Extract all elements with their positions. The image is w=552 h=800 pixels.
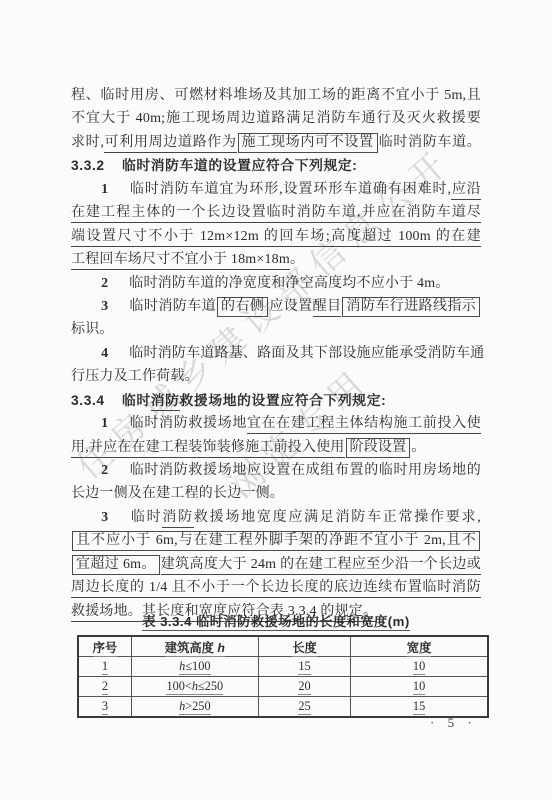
document-page: 住房城乡建设部信息公开 浏览专用 程、临时用房、可燃材料堆场及其加工场的距离不宜…: [0, 0, 552, 800]
text-line: 周边长度的 1/4 且不小于一个长边长度的底边连续布置临时消防: [71, 576, 481, 599]
text-line: 2临时消防救援场地应设置在成组布置的临时用房场地的: [71, 459, 481, 482]
spec-table: 序号建筑高度 h长度宽度 1h≤10015102100<h≤25020103h>…: [77, 635, 489, 718]
table-header-cell: 长度: [258, 636, 350, 657]
page-number: · 5 ·: [430, 715, 477, 731]
plain-text: 应设置: [269, 299, 312, 314]
body-text-block: 程、临时用房、可燃材料堆场及其加工场的距离不宜小于 5m,且不宜大于 40m;施…: [71, 84, 481, 623]
text-line: 3临时消防车道的右侧应设置醒目消防车行进路线指示: [71, 295, 481, 318]
plain-text: 。: [290, 252, 304, 267]
item-number: 3.3.4: [71, 393, 105, 408]
text-line: 3临时消防救援场地宽度应满足消防车正常操作要求,: [71, 506, 481, 529]
plain-text: 临时消防救援场地: [129, 416, 247, 431]
item-number: 2: [101, 463, 108, 478]
underlined-text: 醒目: [313, 299, 342, 317]
text-line: 端设置尺寸不小于 12m×12m 的回车场;高度超过 100m 的在建: [71, 225, 481, 248]
underlined-text: 可利用周边道路作为: [104, 135, 237, 153]
table-cell: 10: [351, 677, 488, 697]
text-line: 求时,可利用周边道路作为施工现场内可不设置临时消防车道。: [71, 131, 481, 154]
underlined-text: 端设置尺寸不小于 12m×12m 的回车场;高度超过 100m 的在建: [71, 229, 481, 247]
plain-text: 100<: [166, 679, 191, 693]
table-cell-text: 1: [102, 659, 108, 675]
plain-text: 救援场地的设置应符合下列规定:: [180, 393, 387, 408]
text-line: 工程回车场尺寸不宜小于 18m×18m。: [71, 248, 481, 271]
plain-text: 临时: [129, 510, 162, 525]
item-number: 1: [101, 182, 108, 197]
table-row: 3h>2502515: [78, 697, 488, 718]
plain-text: ≤100: [185, 659, 210, 673]
boxed-deleted-text: 消防车行进路线指示: [342, 297, 480, 317]
table-cell: 15: [351, 697, 488, 718]
plain-text: 临时消防车道。: [379, 135, 481, 150]
text-line: 在建工程主体的一个长边设置临时消防车道,并应在消防车道尽: [71, 201, 481, 224]
plain-text: 临时消防车道的净宽度和净空高度均不应小于 4m。: [129, 276, 449, 291]
text-line: 1临时消防救援场地宜在在建工程主体结构施工前投入使: [71, 412, 481, 435]
plain-text: 程、临时用房、可燃材料堆场及其加工场的距离不宜小于 5m,且: [71, 88, 481, 103]
underlined-text: 消防: [151, 393, 180, 411]
table-cell: 20: [258, 677, 350, 697]
underlined-text: 应沿: [451, 182, 481, 200]
item-number: 4: [101, 346, 108, 361]
plain-text: 救援场地宽度应满足消防车正常操作要求,: [194, 510, 481, 525]
italic-variable: h: [217, 641, 225, 655]
plain-text: 求时,: [71, 135, 104, 150]
table-cell-text: 25: [298, 699, 310, 715]
boxed-deleted-text: 的右侧: [217, 297, 268, 317]
table-title: 表 3.3.4 临时消防救援场地的长度和宽度(m): [71, 611, 481, 630]
boxed-deleted-text: 施工现场内可不设置: [238, 133, 378, 153]
table-cell: 100<h≤250: [131, 677, 258, 697]
plain-text: 临时消防车道: [129, 299, 216, 314]
text-line: 长边一侧及在建工程的长边一侧。: [71, 482, 481, 505]
plain-text: 临时消防车道路基、路面及其下部设施应能承受消防车通: [129, 346, 484, 361]
table-header-text: 建筑高度 h: [165, 641, 225, 657]
plain-text: 临时消防车道的设置应符合下列规定:: [122, 158, 358, 173]
underlined-text: 在建工程主体的一个长边设置临时消防车道,并应在消防车道尽: [71, 205, 481, 223]
table-cell-text: h>250: [179, 699, 211, 715]
item-number: 1: [101, 416, 108, 431]
table-cell: h>250: [131, 697, 258, 718]
table-header-text: 宽度: [407, 641, 432, 657]
table-header-row: 序号建筑高度 h长度宽度: [78, 636, 488, 657]
table-title-text: 表 3.3.4 临时消防救援场地的长度和宽度(m): [142, 614, 409, 631]
plain-text: 行压力及工作荷载。: [71, 369, 199, 384]
plain-text: 。: [411, 440, 425, 455]
table-cell-text: 10: [413, 659, 425, 675]
item-number: 3: [101, 299, 108, 314]
plain-text: 标识。: [71, 322, 114, 337]
text-line: 且不应小于 6m,与在建工程外脚手架的净距不宜小于 2m,且不: [71, 529, 481, 552]
text-line: 用,并应在在建工程装饰装修施工前投入使用阶段设置。: [71, 436, 481, 459]
table-cell-text: h≤100: [179, 659, 210, 675]
table-cell: 2: [78, 677, 131, 697]
underlined-text: 工程回车场尺寸不宜小于 18m×18m: [71, 252, 290, 270]
plain-text: 建筑高度: [165, 641, 218, 655]
table-cell: 1: [78, 657, 131, 677]
table-cell-text: 20: [298, 679, 310, 695]
table-cell-text: 2: [102, 679, 108, 695]
table-header-cell: 建筑高度 h: [131, 636, 258, 657]
text-line: 宜超过 6m。建筑高度大于 24m 的在建工程应至少沿一个长边或: [71, 553, 481, 576]
plain-text: ≤250: [198, 679, 223, 693]
plain-text: 临时: [122, 393, 151, 408]
text-line: 行压力及工作荷载。: [71, 365, 481, 388]
table-cell-text: 10: [413, 679, 425, 695]
text-line: 1临时消防车道宜为环形,设置环形车道确有困难时,应沿: [71, 178, 481, 201]
plain-text: 临时消防车道宜为环形,设置环形车道确有困难时,: [129, 182, 451, 197]
plain-text: 长边一侧及在建工程的长边一侧。: [71, 486, 284, 501]
table-row: 2100<h≤2502010: [78, 677, 488, 697]
text-line: 2临时消防车道的净宽度和净空高度均不应小于 4m。: [71, 272, 481, 295]
table-cell: 10: [351, 657, 488, 677]
text-line: 4临时消防车道路基、路面及其下部设施应能承受消防车通: [71, 342, 481, 365]
item-number: 2: [101, 276, 108, 291]
table-cell: 15: [258, 657, 350, 677]
table-header-text: 长度: [292, 641, 317, 657]
plain-text: >250: [185, 699, 210, 713]
underlined-text: 用,并应在在建工程装饰装修施工前投入使用: [71, 440, 345, 458]
text-line: 程、临时用房、可燃材料堆场及其加工场的距离不宜小于 5m,且: [71, 84, 481, 107]
clause-heading-line: 3.3.4临时消防救援场地的设置应符合下列规定:: [71, 389, 481, 412]
table-cell-text: 15: [298, 659, 310, 675]
table-header-cell: 序号: [78, 636, 131, 657]
underlined-text: 周边长度的 1/4 且不小于一个长边长度的底边连续布置临时消防: [71, 580, 481, 598]
underlined-text: 消防: [162, 510, 194, 528]
plain-text: 不宜大于 40m;施工现场周边道路满足消防车通行及灭火救援要: [71, 111, 481, 126]
table-cell: 3: [78, 697, 131, 718]
item-number: 3: [101, 510, 108, 525]
text-line: 标识。: [71, 318, 481, 341]
clause-heading-line: 3.3.2临时消防车道的设置应符合下列规定:: [71, 154, 481, 177]
item-number: 3.3.2: [71, 158, 105, 173]
table-cell: 25: [258, 697, 350, 718]
table-header-cell: 宽度: [351, 636, 488, 657]
table-header-text: 序号: [93, 641, 118, 657]
text-line: 不宜大于 40m;施工现场周边道路满足消防车通行及灭火救援要: [71, 107, 481, 130]
boxed-deleted-text: 且不应小于 6m,与在建工程外脚手架的净距不宜小于 2m,且不: [72, 531, 480, 551]
table-row: 1h≤1001510: [78, 657, 488, 677]
boxed-deleted-text: 阶段设置: [346, 438, 411, 458]
table-cell-text: 100<h≤250: [166, 679, 223, 695]
boxed-deleted-text: 宜超过 6m。: [72, 555, 160, 575]
underlined-text: 建筑高度大于 24m 的在建工程应至少沿一个长边或: [161, 557, 481, 575]
table-cell-text: 15: [413, 699, 425, 715]
table-cell: h≤100: [131, 657, 258, 677]
underlined-text: 宜在在建工程主体结构施工前投入使: [247, 416, 481, 434]
table-cell-text: 3: [102, 699, 108, 715]
plain-text: 临时消防救援场地应设置在成组布置的临时用房场地的: [129, 463, 481, 478]
